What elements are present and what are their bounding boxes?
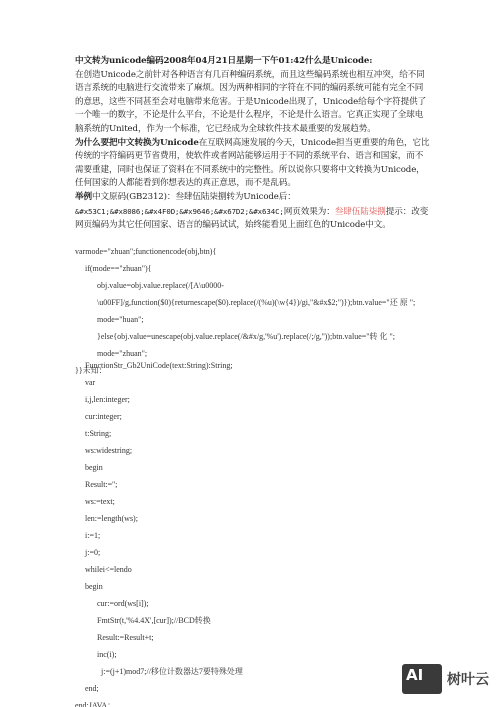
code-line: var xyxy=(75,374,435,391)
code-line: begin xyxy=(75,578,435,595)
code-line: FmtStr(t,'%4.4X',[cur]);//BCD转换 xyxy=(75,612,435,629)
example-text: 中文原码(GB2312)：叁肆伍陆柒捌转为Unicode后： xyxy=(92,192,296,202)
example-label: 举例 xyxy=(75,192,92,202)
intro-paragraph: 在创造Unicode之前针对各种语言有几百种编码系统，而且这些编码系统也相互冲突… xyxy=(75,69,430,137)
example-line: 举例中文原码(GB2312)：叁肆伍陆柒捌转为Unicode后： xyxy=(75,191,430,205)
code-line: ws:=text; xyxy=(75,493,435,510)
unicode-entities: &#x53C1;&#x8086;&#x4F0D;&#x9646;&#x67D2;… xyxy=(75,207,284,216)
article-title: 中文转为unicode编码2008年04月21日星期一下午01:42什么是Uni… xyxy=(75,55,430,69)
code-line: whilei<=lendo xyxy=(75,561,435,578)
entities-line: &#x53C1;&#x8086;&#x4F0D;&#x9646;&#x67D2;… xyxy=(75,205,430,233)
watermark-logo: AI 树叶云 xyxy=(402,664,489,694)
code-line: \u00FF]/g,function($0){returnescape($0).… xyxy=(75,294,435,311)
code-line: Result:=Result+t; xyxy=(75,629,435,646)
code-line: obj.value=obj.value.replace(/[A\u0000- xyxy=(75,277,435,294)
effect-label: 网页效果为： xyxy=(284,207,335,217)
article: 中文转为unicode编码2008年04月21日星期一下午01:42什么是Uni… xyxy=(75,55,430,233)
delphi-code-block: FunctionStr_Gb2UniCode(text:String):Stri… xyxy=(75,357,435,707)
code-line: Result:=''; xyxy=(75,476,435,493)
code-line: ws:widestring; xyxy=(75,442,435,459)
logo-badge: AI xyxy=(406,666,423,684)
ai-image-icon: AI xyxy=(402,664,442,694)
code-line: end; xyxy=(75,680,435,697)
why-paragraph: 为什么要把中文转换为Unicode在互联网高速发展的今天，Unicode担当更重… xyxy=(75,137,430,191)
code-line: }else{obj.value=unescape(obj.value.repla… xyxy=(75,328,435,345)
effect-red-text: 叁肆伍陆柒捌 xyxy=(335,207,386,217)
code-line: varmode="zhuan";functionencode(obj,btn){ xyxy=(75,243,435,260)
code-line: t:String; xyxy=(75,425,435,442)
logo-text: 树叶云 xyxy=(447,669,489,689)
code-line: mode="huan"; xyxy=(75,311,435,328)
code-line: i,j,len:integer; xyxy=(75,391,435,408)
code-line: inc(i); xyxy=(75,646,435,663)
code-line: end;JAVA： xyxy=(75,697,435,707)
code-line: j:=0; xyxy=(75,544,435,561)
code-line: cur:integer; xyxy=(75,408,435,425)
code-line: i:=1; xyxy=(75,527,435,544)
why-heading: 为什么要把中文转换为Unicode xyxy=(75,138,199,148)
code-line: cur:=ord(ws[i]); xyxy=(75,595,435,612)
code-line: len:=length(ws); xyxy=(75,510,435,527)
code-line: j:=(j+1)mod7;//移位计数器达7要特殊处理 xyxy=(75,663,435,680)
code-line: if(mode=="zhuan"){ xyxy=(75,260,435,277)
code-line: FunctionStr_Gb2UniCode(text:String):Stri… xyxy=(75,357,435,374)
code-line: begin xyxy=(75,459,435,476)
